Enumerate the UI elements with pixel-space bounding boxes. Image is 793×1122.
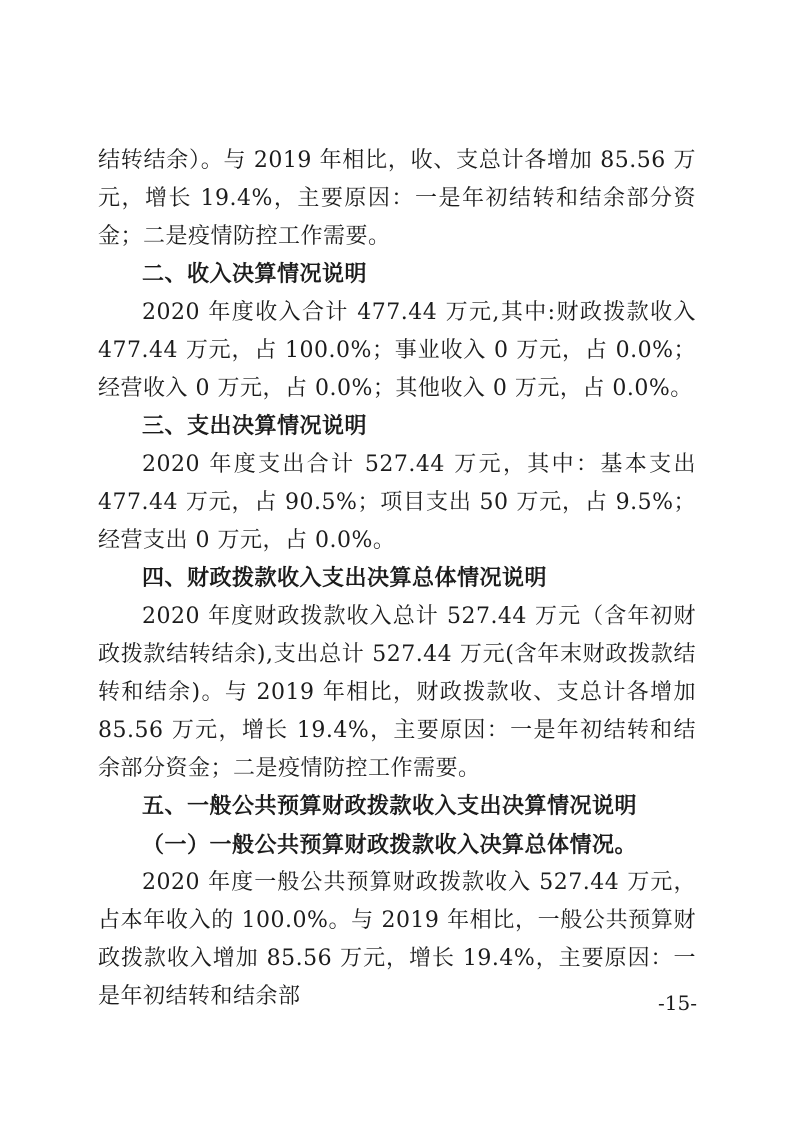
- para-income-details: 2020 年度收入合计 477.44 万元,其中:财政拨款收入 477.44 万…: [98, 294, 696, 408]
- para-general-public-budget-income-details: 2020 年度一般公共预算财政拨款收入 527.44 万元，占本年收入的 100…: [98, 864, 696, 1016]
- heading-fiscal-appropriation-section: 四、财政拨款收入支出决算总体情况说明: [98, 560, 696, 598]
- document-page: 结转结余）。与 2019 年相比，收、支总计各增加 85.56 万元，增长 19…: [0, 0, 793, 1122]
- para-overview-continuation: 结转结余）。与 2019 年相比，收、支总计各增加 85.56 万元，增长 19…: [98, 142, 696, 256]
- page-number: -15-: [658, 988, 697, 1018]
- heading-general-public-budget-section: 五、一般公共预算财政拨款收入支出决算情况说明: [98, 788, 696, 826]
- heading-expenditure-section: 三、支出决算情况说明: [98, 408, 696, 446]
- para-expenditure-details: 2020 年度支出合计 527.44 万元，其中：基本支出 477.44 万元，…: [98, 446, 696, 560]
- subheading-general-public-budget-income: （一）一般公共预算财政拨款收入决算总体情况。: [98, 826, 696, 864]
- document-content: 结转结余）。与 2019 年相比，收、支总计各增加 85.56 万元，增长 19…: [98, 142, 696, 1016]
- heading-income-section: 二、收入决算情况说明: [98, 256, 696, 294]
- para-fiscal-appropriation-details: 2020 年度财政拨款收入总计 527.44 万元（含年初财政拨款结转结余),支…: [98, 598, 696, 788]
